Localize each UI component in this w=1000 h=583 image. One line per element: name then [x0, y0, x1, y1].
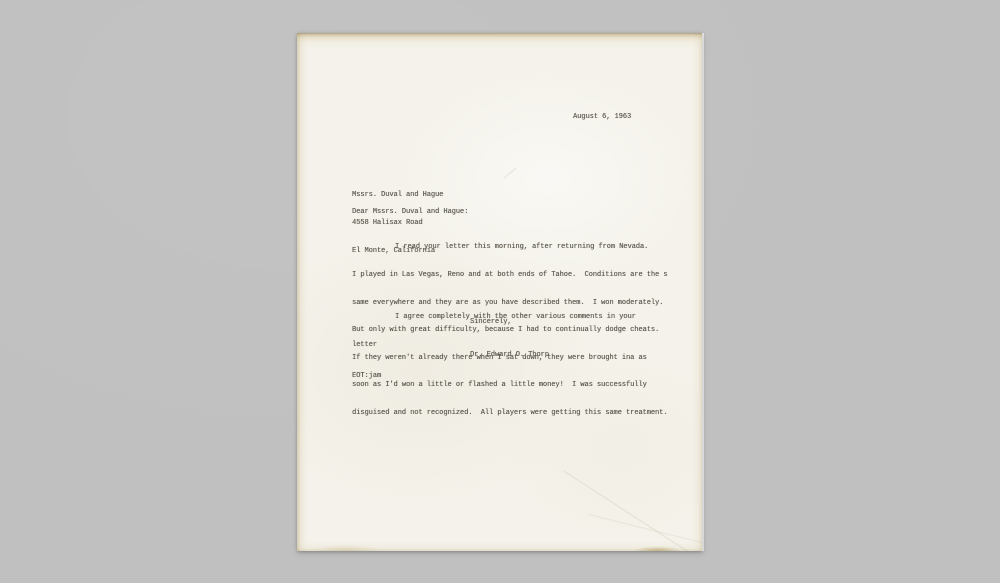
signature-name: Dr. Edward O. Thorp — [470, 351, 549, 360]
body-line: I played in Las Vegas, Reno and at both … — [352, 271, 682, 280]
body-line: I read your letter this morning, after r… — [352, 243, 682, 252]
paper-crease-upper — [503, 167, 516, 178]
letter-date: August 6, 1963 — [573, 113, 631, 122]
body-line: soon as I'd won a little or flashed a li… — [352, 381, 682, 390]
salutation: Dear Mssrs. Duval and Hague: — [352, 208, 468, 217]
letter-page: August 6, 1963 Mssrs. Duval and Hague 45… — [297, 33, 702, 551]
body-line: letter — [352, 341, 682, 350]
scan-background: August 6, 1963 Mssrs. Duval and Hague 45… — [0, 0, 1000, 583]
body-line: disguised and not recognized. All player… — [352, 409, 682, 418]
recipient-name: Mssrs. Duval and Hague — [352, 191, 443, 200]
body-line: I agree completely with the other variou… — [352, 313, 682, 322]
paper-crease-bottom-right — [564, 470, 691, 553]
typist-initials: EOT:jam — [352, 372, 381, 381]
closing: Sincerely, — [470, 318, 512, 327]
paper-crease-bottom-right-2 — [589, 514, 706, 545]
